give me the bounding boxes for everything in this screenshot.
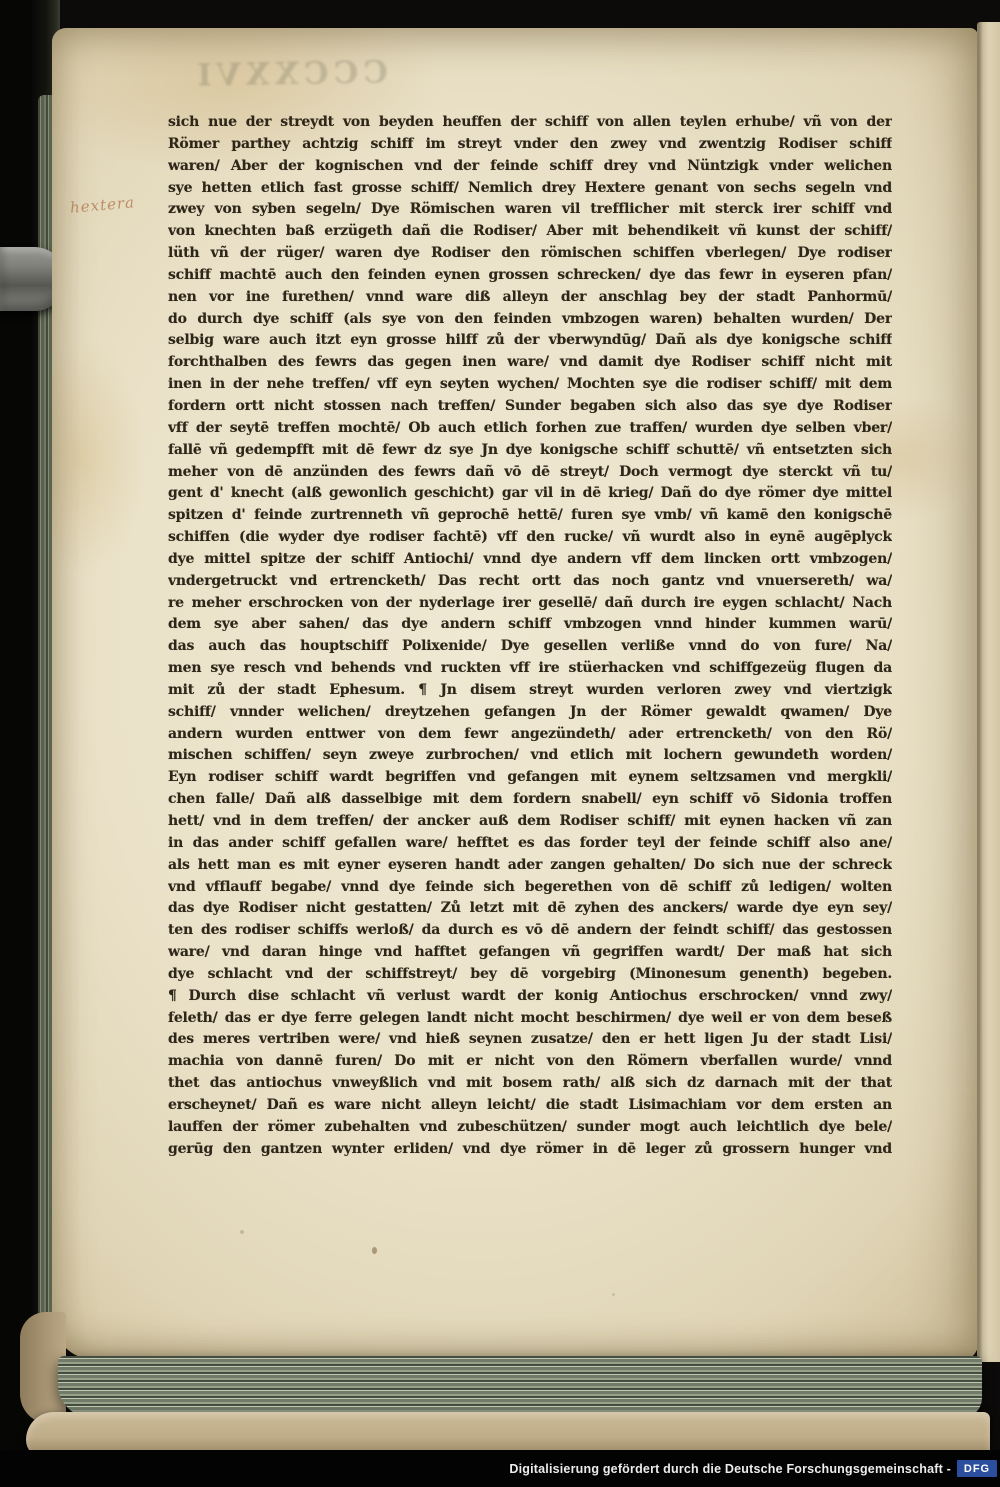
text-line: re meher erschrocken von der nyderlage i…: [168, 593, 892, 615]
text-line: schiffen (die wyder dye rodiser fachtē) …: [168, 527, 892, 549]
text-line: das dye Rodiser nicht gestatten/ Zů letz…: [168, 898, 892, 920]
text-line: dem sye aber sahen/ das dye andern schif…: [168, 614, 892, 636]
text-line: gent d' knecht (alß gewonlich geschicht)…: [168, 483, 892, 505]
text-line: fallē vñ gedempfft mit dē fewr dz sye Jn…: [168, 440, 892, 462]
text-line: vnd vfflauff begabe/ vnnd dye feinde sic…: [168, 877, 892, 899]
text-line: vndergetruckt vnd ertrencketh/ Das recht…: [168, 571, 892, 593]
text-line: lüth vñ der rüger/ waren dye Rodiser den…: [168, 243, 892, 265]
book-scan-photo: CCCXXVI hextera sich nue der streydt von…: [0, 0, 1000, 1487]
text-line: do durch dye schiff (als sye von den fei…: [168, 309, 892, 331]
text-line: gerūg den gantzen wynter erliden/ vnd dy…: [168, 1139, 892, 1161]
text-line: dye schlacht vnd der schiffstreyt/ bey d…: [168, 964, 892, 986]
text-line: von knechten baß erzügeth dañ die Rodise…: [168, 221, 892, 243]
text-line: Römer parthey achtzig schiff im streyt v…: [168, 134, 892, 156]
text-line: men sye resch vnd behends vnd ruckten vf…: [168, 658, 892, 680]
text-line: schiff machtē auch den feinden eynen gro…: [168, 265, 892, 287]
ink-speck: [372, 1247, 377, 1254]
text-line: mischen schiffen/ seyn zweye zurbrochen/…: [168, 745, 892, 767]
text-line: sye hetten etlich fast grosse schiff/ Ne…: [168, 178, 892, 200]
text-line: als hett man es mit eyner eyseren handt …: [168, 855, 892, 877]
text-line: zwey von syben segeln/ Dye Römischen war…: [168, 199, 892, 221]
text-line: spitzen d' feinde zurtrenneth vñ geproch…: [168, 505, 892, 527]
text-line: in das ander schiff gefallen ware/ hefft…: [168, 833, 892, 855]
text-line: nen vor ine furethen/ vnnd ware diß alle…: [168, 287, 892, 309]
text-line: waren/ Aber der kognischen vnd der feind…: [168, 156, 892, 178]
text-line: Eyn rodiser schiff wardt begriffen vnd g…: [168, 767, 892, 789]
text-line: selbig ware auch itzt eyn grosse hilff z…: [168, 330, 892, 352]
text-line: erscheynet/ Dañ es ware nicht alleyn lei…: [168, 1095, 892, 1117]
text-line: dye mittel spitze der schiff Antiochi/ v…: [168, 549, 892, 571]
text-line: thet das antiochus vnweyßlich vnd mit bo…: [168, 1073, 892, 1095]
text-line: lauffen der römer zubehalten vnd zubesch…: [168, 1117, 892, 1139]
text-line: ware/ vnd daran hinge vnd hafftet gefang…: [168, 942, 892, 964]
text-line: chen falle/ Dañ alß dasselbige mit dem f…: [168, 789, 892, 811]
digitisation-footer: Digitalisierung gefördert durch die Deut…: [0, 1450, 1000, 1487]
text-line: inen in der nehe treffen/ vff eyn seyten…: [168, 374, 892, 396]
text-line: ten des rodiser schiffs werloß/ da durch…: [168, 920, 892, 942]
text-line: meher von dē anzünden des fewrs dañ vō d…: [168, 462, 892, 484]
text-line: das auch das houptschiff Polixenide/ Dye…: [168, 636, 892, 658]
dfg-logo: DFG: [957, 1460, 997, 1477]
text-line: mit zů der stadt Ephesum. ¶ Jn disem str…: [168, 680, 892, 702]
text-line: schiff/ vnnder welichen/ dreytzehen gefa…: [168, 702, 892, 724]
ink-speck: [240, 1230, 244, 1234]
text-line: sich nue der streydt von beyden heuffen …: [168, 112, 892, 134]
text-line: machia von dannē furen/ Do mit er nicht …: [168, 1051, 892, 1073]
text-line: hett/ vnd in dem treffen/ der ancker auß…: [168, 811, 892, 833]
printed-text-block: sich nue der streydt von beyden heuffen …: [168, 112, 892, 1168]
text-line: fordern ortt nicht stossen nach treffen/…: [168, 396, 892, 418]
text-line: andern wurden enttwer von dem fewr angez…: [168, 724, 892, 746]
text-line: des meres vertriben were/ vnd hieß seyne…: [168, 1029, 892, 1051]
facing-page-gutter: [977, 22, 1000, 1362]
ghost-folio-numeral: CCCXXVI: [198, 54, 389, 103]
page-stack-bottom-edge: [58, 1356, 982, 1418]
digitisation-credit-text: Digitalisierung gefördert durch die Deut…: [509, 1462, 951, 1476]
text-line: ¶ Durch dise schlacht vñ verlust wardt d…: [168, 986, 892, 1008]
ink-speck: [612, 1293, 615, 1296]
text-line: forchthalben des fewrs das gegen inen wa…: [168, 352, 892, 374]
text-line: vff der seytē treffen mochtē/ Ob auch et…: [168, 418, 892, 440]
text-line: feleth/ das er dye ferre gelegen landt n…: [168, 1008, 892, 1030]
